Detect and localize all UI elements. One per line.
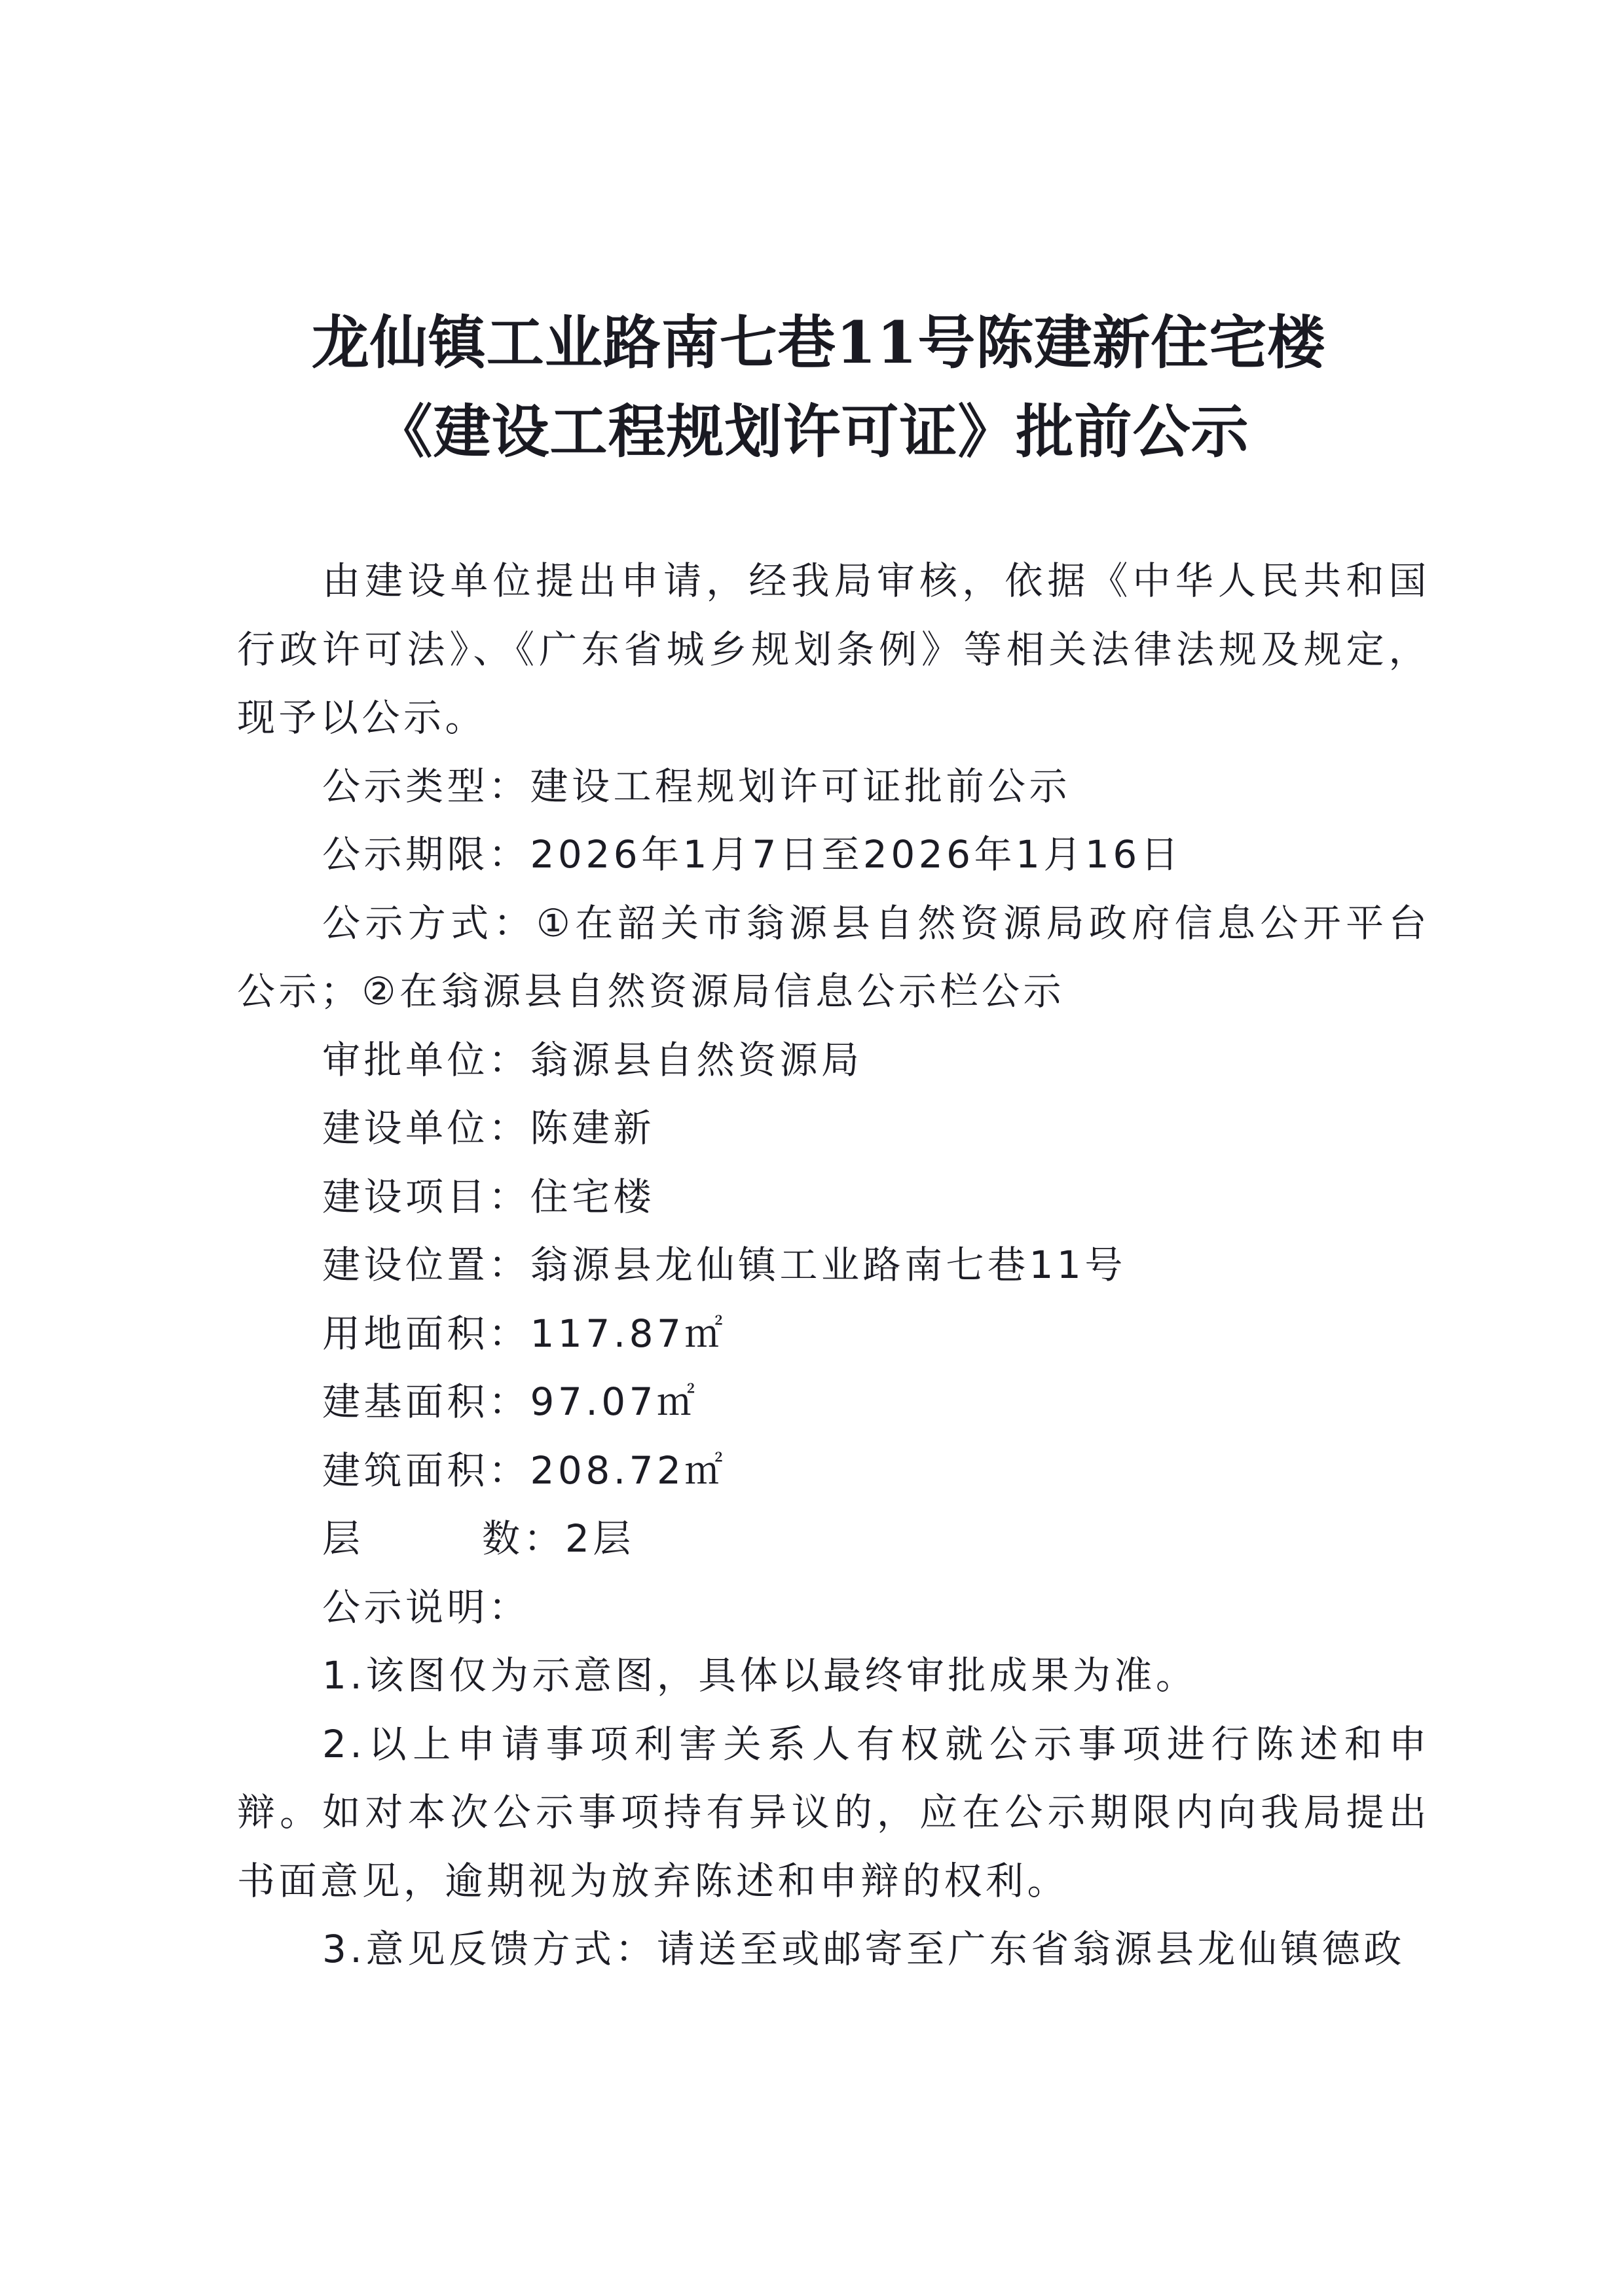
field-label-b: 数： <box>482 1516 565 1561</box>
field-value: 陈建新 <box>530 1106 655 1150</box>
field-value: 建设工程规划许可证批前公示 <box>530 764 1071 809</box>
field-value: 208.72㎡ <box>530 1448 726 1493</box>
document-page: 龙仙镇工业路南七巷11号陈建新住宅楼 《建设工程规划许可证》批前公示 由建设单位… <box>0 0 1624 2296</box>
note-item-1: 1.该图仅为示意图，具体以最终审批成果为准。 <box>237 1641 1430 1710</box>
field-land-area: 用地面积：117.87㎡ <box>237 1300 1430 1368</box>
intro-paragraph: 由建设单位提出申请，经我局审核，依据《中华人民共和国行政许可法》、《广东省城乡规… <box>237 547 1430 752</box>
title-line-2: 《建设工程规划许可证》批前公示 <box>0 387 1624 476</box>
field-value: 2026年1月7日至2026年1月16日 <box>530 832 1183 877</box>
field-label: 公示期限： <box>322 832 530 877</box>
field-label: 审批单位： <box>322 1038 530 1082</box>
field-approval-unit: 审批单位：翁源县自然资源局 <box>237 1026 1430 1095</box>
field-construction-project: 建设项目：住宅楼 <box>237 1163 1430 1231</box>
field-construction-location: 建设位置：翁源县龙仙镇工业路南七巷11号 <box>237 1231 1430 1300</box>
field-notice-type: 公示类型：建设工程规划许可证批前公示 <box>237 752 1430 821</box>
document-title: 龙仙镇工业路南七巷11号陈建新住宅楼 《建设工程规划许可证》批前公示 <box>0 298 1624 476</box>
document-body: 由建设单位提出申请，经我局审核，依据《中华人民共和国行政许可法》、《广东省城乡规… <box>237 547 1430 1984</box>
field-floors: 层数：2层 <box>237 1504 1430 1573</box>
note-item-3: 3.意见反馈方式：请送至或邮寄至广东省翁源县龙仙镇德政 <box>237 1915 1430 1984</box>
field-value: 翁源县自然资源局 <box>530 1038 863 1082</box>
field-label: 建基面积： <box>322 1379 530 1424</box>
field-label: 公示类型： <box>322 764 530 809</box>
field-label: 建设项目： <box>322 1175 530 1219</box>
field-value: 117.87㎡ <box>530 1311 726 1356</box>
field-label: 建筑面积： <box>322 1448 530 1493</box>
field-label: 建设单位： <box>322 1106 530 1150</box>
field-value: 翁源县龙仙镇工业路南七巷11号 <box>530 1243 1126 1287</box>
field-label: 公示方式： <box>322 901 536 945</box>
field-label-a: 层 <box>322 1504 482 1573</box>
field-value: 97.07㎡ <box>530 1379 699 1424</box>
notes-heading: 公示说明： <box>237 1573 1430 1642</box>
field-floor-area: 建筑面积：208.72㎡ <box>237 1436 1430 1505</box>
field-value: 2层 <box>565 1516 635 1561</box>
field-base-area: 建基面积：97.07㎡ <box>237 1368 1430 1436</box>
field-notice-method: 公示方式：①在韶关市翁源县自然资源局政府信息公开平台公示；②在翁源县自然资源局信… <box>237 889 1430 1026</box>
field-value: 住宅楼 <box>530 1175 655 1219</box>
note-item-2: 2.以上申请事项利害关系人有权就公示事项进行陈述和申辩。如对本次公示事项持有异议… <box>237 1710 1430 1916</box>
title-line-1: 龙仙镇工业路南七巷11号陈建新住宅楼 <box>0 298 1624 387</box>
field-construction-unit: 建设单位：陈建新 <box>237 1094 1430 1163</box>
field-notice-period: 公示期限：2026年1月7日至2026年1月16日 <box>237 820 1430 889</box>
field-label: 建设位置： <box>322 1243 530 1287</box>
field-label: 用地面积： <box>322 1311 530 1356</box>
